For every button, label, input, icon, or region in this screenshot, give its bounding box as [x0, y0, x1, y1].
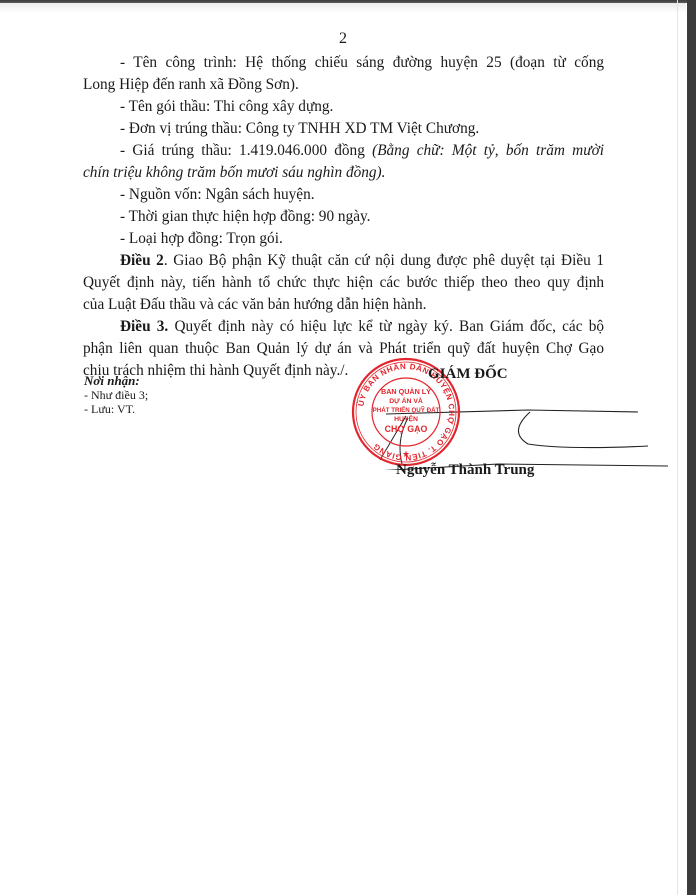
recipient-item: - Lưu: VT.	[84, 402, 148, 416]
stamp-line: HUYỆN	[394, 414, 418, 423]
document-body: - Tên công trình: Hệ thống chiếu sáng đư…	[83, 52, 604, 382]
price-in-words-2: chín triệu không trăm bốn mươi sáu nghìn…	[83, 162, 604, 184]
funding-source: - Nguồn vốn: Ngân sách huyện.	[83, 184, 604, 206]
stamp-star-icon: ★	[402, 449, 410, 459]
recipients-title: Nơi nhận:	[84, 374, 148, 388]
project-name-line-1: - Tên công trình: Hệ thống chiếu sáng đư…	[83, 52, 604, 74]
stamp-line: DỰ ÁN VÀ	[389, 396, 423, 405]
article-2-line-1: Điều 2. Giao Bộ phận Kỹ thuật căn cứ nội…	[83, 250, 604, 272]
article-2-line-3: của Luật Đấu thầu và các văn bản hướng d…	[83, 294, 604, 316]
recipient-item: - Như điều 3;	[84, 388, 148, 402]
contract-duration: - Thời gian thực hiện hợp đồng: 90 ngày.	[83, 206, 604, 228]
winning-price: - Giá trúng thầu: 1.419.046.000 đồng	[120, 142, 372, 159]
article-3-text-1: Quyết định này có hiệu lực kể từ ngày ký…	[168, 318, 604, 335]
stamp-line: CHỢ GẠO	[385, 424, 428, 434]
article-3-heading: Điều 3.	[120, 318, 168, 335]
page-number: 2	[0, 30, 686, 48]
stamp-line: BAN QUẢN LÝ	[381, 387, 431, 396]
article-2-heading: Điều 2	[120, 252, 164, 269]
package-name: - Tên gói thầu: Thi công xây dựng.	[83, 96, 604, 118]
recipients-block: Nơi nhận: - Như điều 3; - Lưu: VT.	[84, 374, 148, 416]
article-2-line-2: Quyết định này, tiến hành tổ chức thực h…	[83, 272, 604, 294]
signer-title: GIÁM ĐỐC	[428, 366, 508, 383]
article-3-line-1: Điều 3. Quyết định này có hiệu lực kể từ…	[83, 316, 604, 338]
article-3-line-3: chịu trách nhiệm thi hành Quyết định này…	[83, 360, 604, 382]
winning-price-line-1: - Giá trúng thầu: 1.419.046.000 đồng (Bằ…	[83, 140, 604, 162]
price-in-words-1: (Bằng chữ: Một tỷ, bốn trăm mười	[372, 142, 604, 159]
project-name-line-2: Long Hiệp đến ranh xã Đồng Sơn).	[83, 74, 604, 96]
winning-bidder: - Đơn vị trúng thầu: Công ty TNHH XD TM …	[83, 118, 604, 140]
contract-type: - Loại hợp đồng: Trọn gói.	[83, 228, 604, 250]
signer-name: Nguyễn Thành Trung	[396, 462, 534, 479]
article-2-text-1: . Giao Bộ phận Kỹ thuật căn cứ nội dung …	[164, 252, 604, 269]
window-right-frame	[687, 0, 696, 895]
top-shadow	[0, 3, 686, 13]
article-3-line-2: phận liên quan thuộc Ban Quản lý dự án v…	[83, 338, 604, 360]
stamp-line: PHÁT TRIỂN QUỸ ĐẤT	[373, 407, 440, 414]
